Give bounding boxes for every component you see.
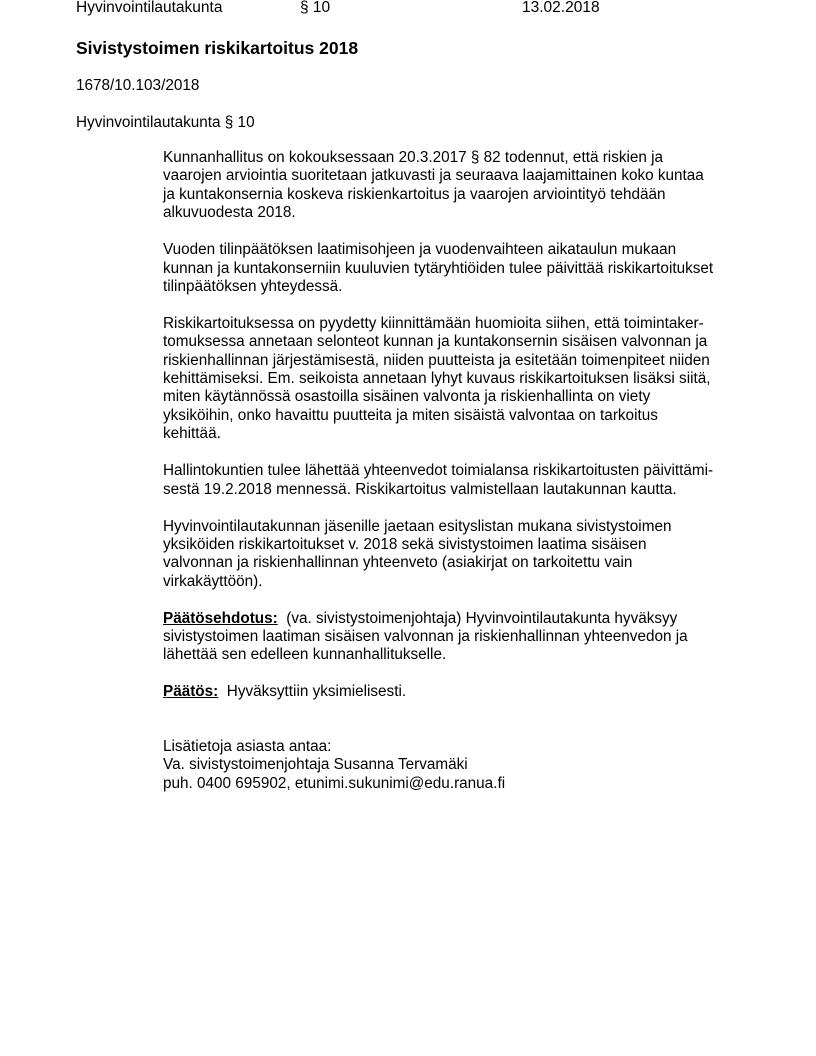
decision-label: Päätös: (163, 683, 218, 700)
paragraph: Hallintokuntien tulee lähettää yhteenved… (163, 462, 753, 499)
paragraph: Kunnanhallitus on kokouksessaan 20.3.201… (163, 149, 753, 223)
document-title: Sivistystoimen riskikartoitus 2018 (76, 37, 358, 59)
reference-number: 1678/10.103/2018 (76, 76, 199, 96)
header-date: 13.02.2018 (522, 0, 600, 18)
header-section: § 10 (300, 0, 330, 18)
decision-paragraph: Päätös: Hyväksyttiin yksimielisesti. (163, 683, 753, 701)
paragraph: Riskikartoituksessa on pyydetty kiinnitt… (163, 315, 753, 444)
contact-intro: Lisätietoja asiasta antaa: (163, 738, 753, 756)
contact-person: Va. sivistystoimenjohtaja Susanna Tervam… (163, 756, 753, 774)
paragraph: Vuoden tilinpäätöksen laatimisohjeen ja … (163, 241, 753, 296)
decision-text: Hyväksyttiin yksimielisesti. (227, 683, 406, 700)
paragraph: Hyvinvointilautakunnan jäsenille jaetaan… (163, 518, 753, 592)
document-body: Kunnanhallitus on kokouksessaan 20.3.201… (163, 149, 753, 793)
contact-info: Lisätietoja asiasta antaa: Va. sivistyst… (163, 738, 753, 793)
section-label: Hyvinvointilautakunta § 10 (76, 113, 255, 133)
header-committee: Hyvinvointilautakunta (76, 0, 222, 18)
proposal-label: Päätösehdotus: (163, 610, 278, 627)
proposal-paragraph: Päätösehdotus: (va. sivistystoimenjohtaj… (163, 610, 753, 665)
contact-details: puh. 0400 695902, etunimi.sukunimi@edu.r… (163, 775, 753, 793)
